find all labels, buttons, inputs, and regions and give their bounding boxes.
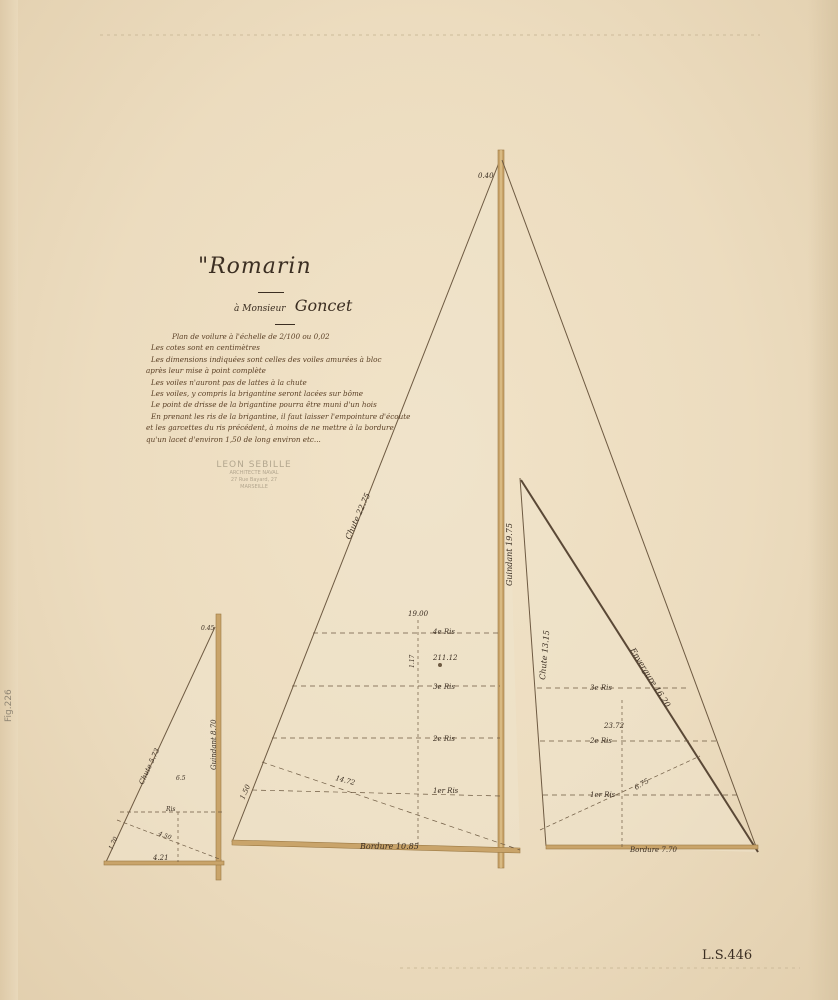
note-line: qu'un lacet d'environ 1,50 de long envir… <box>146 434 406 445</box>
main-reef-2: 2e Ris <box>432 735 455 743</box>
stamp-line: 27 Rue Bayard, 27 <box>214 477 294 484</box>
mizzen-guindant-label: Guindant 8.70 <box>210 719 218 770</box>
dedication-name: Goncet <box>295 296 353 315</box>
jib-area-label: 23.72 <box>603 722 625 730</box>
document-title: "Romarin <box>198 254 312 279</box>
catalog-number: L.S.446 <box>702 948 752 963</box>
main-top-mark: 19.00 <box>408 610 429 618</box>
main-reef-spacing: 1.17 <box>409 654 416 668</box>
jib-bordure-label: Bordure 7.70 <box>629 846 678 854</box>
dedication-underline <box>275 324 295 325</box>
title-underline <box>258 292 284 293</box>
main-guindant-label: Guindant 19.75 <box>505 523 514 586</box>
note-line: Les dimensions indiquées sont celles des… <box>146 354 406 365</box>
sail-plan-drawing: 0.40 Chute 22.75 Guindant 19.75 Bordure … <box>0 0 838 1000</box>
jib-sail <box>502 160 758 852</box>
mizzen-sail <box>104 614 224 880</box>
note-line: Les voiles, y compris la brigantine sero… <box>146 388 406 399</box>
stamp-line: MARSEILLE <box>214 484 294 491</box>
stamp-line: ARCHITECTE NAVAL <box>214 470 294 477</box>
jib-reef-2: 2e Ris <box>589 737 612 745</box>
stamp-line: LEON SEBILLE <box>214 460 294 470</box>
mizzen-reef-label: Ris <box>165 806 176 813</box>
mizzen-area-label: 6.5 <box>176 775 186 782</box>
main-reef-1: 1er Ris <box>433 787 459 795</box>
note-line: après leur mise à point complète <box>146 365 406 376</box>
architect-stamp: LEON SEBILLE ARCHITECTE NAVAL 27 Rue Bay… <box>214 460 294 491</box>
main-reef-4: 4e Ris <box>432 628 455 636</box>
mizzen-head-label: 0.45 <box>201 625 215 632</box>
main-reef-3: 3e Ris <box>433 683 455 691</box>
main-centroid-mark <box>438 663 442 667</box>
note-line: Les cotes sont en centimètres <box>146 342 406 353</box>
jib-reef-1: 1er Ris <box>590 791 616 799</box>
main-bordure-label: Bordure 10.85 <box>359 842 419 851</box>
note-line: et les garcettes du ris précédent, à moi… <box>146 422 406 433</box>
mizzen-bordure-label: 4.21 <box>152 854 169 862</box>
notes-block: Plan de voilure à l'échelle de 2/100 ou … <box>146 331 406 445</box>
note-line: Les voiles n'auront pas de lattes à la c… <box>146 377 406 388</box>
dedication: à Monsieur Goncet <box>234 296 352 315</box>
jib-reef-3: 3e Ris <box>590 684 612 692</box>
note-line: Le point de drisse de la brigantine pour… <box>146 399 406 410</box>
main-area-label: 211.12 <box>432 654 458 662</box>
note-line: Plan de voilure à l'échelle de 2/100 ou … <box>146 331 406 342</box>
dedication-prefix: à Monsieur <box>234 304 286 314</box>
side-annotation: Fig.226 <box>4 689 14 722</box>
main-head-label: 0.40 <box>478 172 494 180</box>
note-line: En prenant les ris de la brigantine, il … <box>146 411 406 422</box>
